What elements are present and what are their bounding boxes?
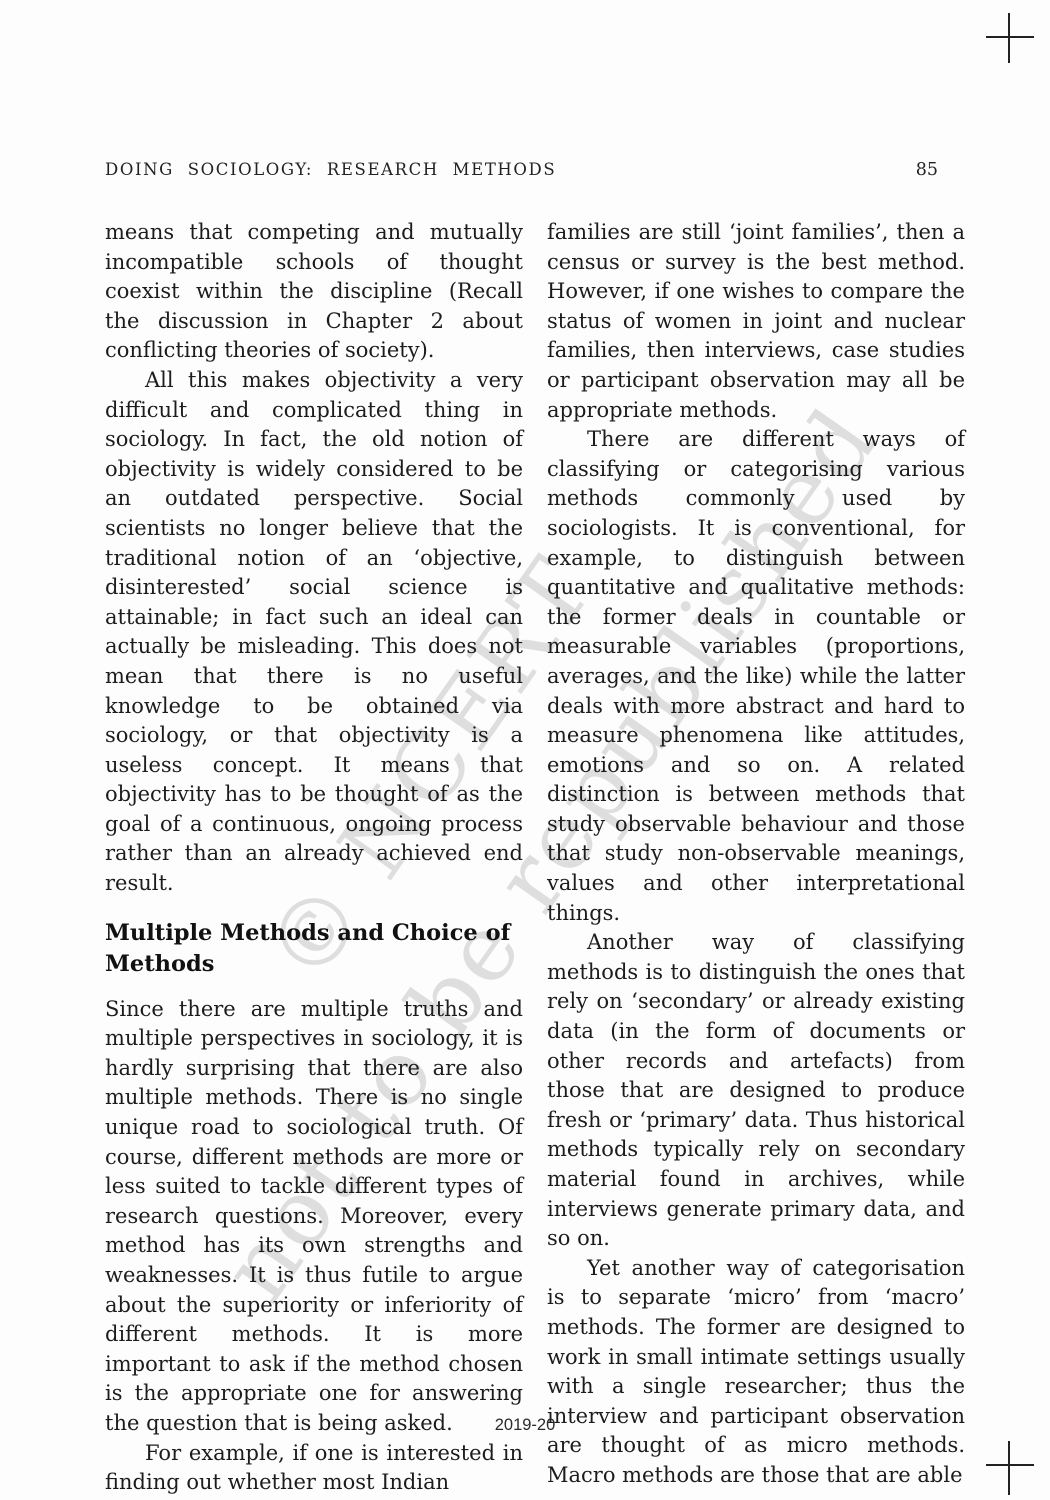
body-paragraph: All this makes objectivity a very diffic… [105, 366, 523, 899]
crop-mark-horizontal [986, 1464, 1034, 1466]
running-header: DOING SOCIOLOGY: RESEARCH METHODS 85 [105, 160, 938, 180]
section-heading: Multiple Methods and Choice of Methods [105, 918, 523, 980]
body-paragraph: Since there are multiple truths and mult… [105, 995, 523, 1439]
body-paragraph: families are still ‘joint families’, the… [547, 218, 965, 425]
crop-mark-vertical [1008, 1441, 1010, 1495]
body-paragraph: means that competing and mutually incomp… [105, 218, 523, 366]
book-page: DOING SOCIOLOGY: RESEARCH METHODS 85 © N… [0, 0, 1050, 1500]
body-paragraph: For example, if one is interested in fin… [105, 1439, 523, 1498]
left-column: means that competing and mutually incomp… [105, 218, 523, 1498]
crop-mark-icon [986, 13, 1034, 63]
body-paragraph: Yet another way of categorisation is to … [547, 1254, 965, 1491]
body-paragraph: Another way of classifying methods is to… [547, 928, 965, 1254]
page-number: 85 [916, 160, 938, 180]
folio-year: 2019-20 [0, 1416, 1050, 1435]
right-column: families are still ‘joint families’, the… [547, 218, 965, 1498]
body-paragraph: There are different ways of classifying … [547, 425, 965, 928]
running-header-title: DOING SOCIOLOGY: RESEARCH METHODS [105, 160, 556, 179]
page-body: means that competing and mutually incomp… [105, 218, 965, 1498]
crop-mark-vertical [1008, 13, 1010, 63]
crop-mark-horizontal [986, 36, 1034, 38]
crop-mark-icon [986, 1441, 1034, 1495]
